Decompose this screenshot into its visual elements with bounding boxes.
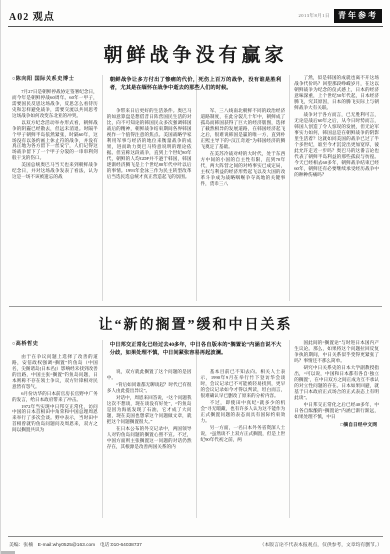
masthead-logo: 青年参考 <box>334 9 382 23</box>
section-label: A02 观点 <box>9 8 55 23</box>
article1-column-3-text: 军、三八线南北朝鲜不同的政治经济道路制度，在此分裂几十年中，朝鲜成了孤岛而韩国获… <box>201 108 286 187</box>
header-right: 2013年8月1日 青年参考 <box>299 9 383 23</box>
article-korean-war: 朝鲜战争没有赢家 ○陈向阳 国际关系史博士 7月27日是朝鲜停战协定签署纪念日，… <box>8 40 383 301</box>
article2-column-4: 国此间的“搁置论”与时进日本国内产生议论。那么，如果将这个问题拉回反复争执的期间… <box>289 340 383 518</box>
article2-column-2-text: 说，双方就此搁置了这个问题的是因中。“背后如同谁都无聊谈起？时代已有很多人由此提… <box>107 369 192 450</box>
article2-source-note: □摘自日经中文网 <box>294 423 379 429</box>
article2-column-4-text: 国此间的“搁置论”与时进日本国内产生议论。那么，如果将这个问题拉回反复争执的期间… <box>294 340 379 420</box>
article1-byline: ○陈向阳 国际关系史博士 <box>12 76 98 83</box>
article2-byline: ○高桥哲史 <box>12 341 98 348</box>
article2-lead: 中日邦交正常化已经过去40多年，中日各自版本的“搁置论”内涵自说不大分歧，如果处… <box>102 341 290 357</box>
article2-body: ○高桥哲史 由于在争议问题上选择了改善的道路，安倍政权强调“搁置”钓鱼岛（中国名… <box>8 340 383 518</box>
article2-column-3: 基本目前已不知去向。相关人士表示，1990年9月在举行竹下登访华会谈时，会议记录… <box>196 340 290 518</box>
article2-column-1-text: 由于在争议问题上选择了改善的道路，安倍政权强调“搁置”钓鱼岛（中国名，尖阁诸岛[… <box>12 354 98 434</box>
article1-column-2: 争带来日后更好的生活条件。奥巴马的如意算盘是想借昔日阵营国民生活的对比，向不可知… <box>102 75 196 301</box>
article1-body: ○陈向阳 国际关系史博士 7月27日是朝鲜停战协定签署纪念日，而今年是朝鲜停战6… <box>8 75 383 301</box>
article1-column-1-text: 7月27日是朝鲜停战协定签署纪念日，而今年是朝鲜停战60周年。60年一甲子，需要… <box>12 89 98 181</box>
newspaper-page: A02 观点 2013年8月1日 青年参考 朝鲜战争没有赢家 ○陈向阳 国际关系… <box>0 0 390 554</box>
article2-headline: 让“新的搁置”缓和中日关系 <box>8 314 383 334</box>
page-footer: 美编：张楠 E-mail:why0525@163.com 电话:010-6403… <box>8 536 383 548</box>
article1-column-3: 军、三八线南北朝鲜不同的政治经济道路制度，在此分裂几十年中，朝鲜成了孤岛而韩国获… <box>196 75 290 301</box>
disclaimer: （本版言论不代表本报观点，仅供参考，文章均有删节。） <box>260 541 382 548</box>
article2-column-1: ○高桥哲史 由于在争议问题上选择了改善的道路，安倍政权强调“搁置”钓鱼岛（中国名… <box>8 340 102 518</box>
article1-lead: 朝鲜战争让多方付出了惨痛的代价，死伤上百万的战争，没有谁是胜利者，尤其是在缅怀在… <box>102 76 290 92</box>
editor-contact: 美编：张楠 E-mail:why0525@163.com 电话:010-6403… <box>9 541 142 548</box>
article-china-japan: 让“新的搁置”缓和中日关系 ○高桥哲史 由于在争议问题上选择了改善的道路，安倍政… <box>8 314 383 518</box>
article1-headline: 朝鲜战争没有赢家 <box>8 40 383 67</box>
article-divider <box>9 306 382 307</box>
article2-column-2: 说，双方就此搁置了这个问题的是因中。“背后如同谁都无聊谈起？时代已有很多人由此提… <box>102 340 196 518</box>
article1-column-1: ○陈向阳 国际关系史博士 7月27日是朝鲜停战协定签署纪念日，而今年是朝鲜停战6… <box>8 75 102 301</box>
article1-column-2-text: 争带来日后更好的生活条件。奥巴马的如意算盘是想借昔日阵营国民生活的对比，向不可知… <box>107 108 192 180</box>
article1-column-4: 了然，似是韩国的成就也离不开这场战争代价吗？回望那段峥嵘岁月，在这以朝鲜战争为纪… <box>289 75 383 301</box>
page-header: A02 观点 2013年8月1日 青年参考 <box>8 6 383 27</box>
issue-date: 2013年8月1日 <box>299 13 331 19</box>
article2-column-3-text: 基本目前已不知去向。相关人士表示，1990年9月在举行竹下登访华会谈时，会议记录… <box>201 369 286 443</box>
article1-column-4-text: 了然，似是韩国的成就也离不开这场战争代价吗？回望那段峥嵘岁月，在这以朝鲜战争为纪… <box>294 75 379 177</box>
